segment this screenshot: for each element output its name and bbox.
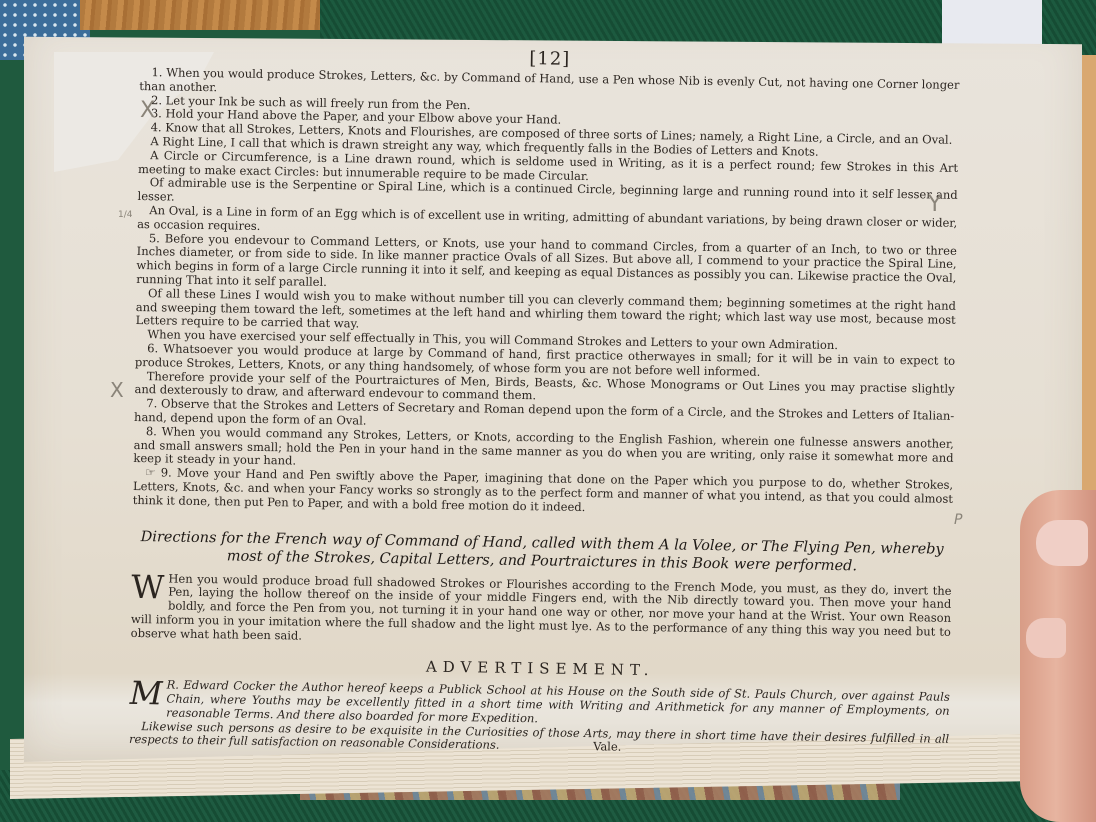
advertisement-body: R. Edward Cocker the Author hereof keeps…	[166, 678, 950, 725]
pencil-p-mark: P	[954, 512, 962, 528]
french-heading: Directions for the French way of Command…	[132, 527, 952, 576]
fingernail-2	[1026, 618, 1066, 658]
vale: Vale.	[593, 740, 621, 754]
dropcap-w: W	[131, 572, 164, 601]
page-text: [12] 1. When you would produce Strokes, …	[129, 42, 960, 760]
pencil-x-mark: X	[140, 98, 155, 123]
dropcap-m: M	[130, 679, 163, 708]
background-table	[80, 0, 320, 30]
french-paragraph: W Hen you would produce broad full shado…	[131, 571, 952, 653]
pencil-y-mark: Y	[928, 192, 941, 217]
french-body: Hen you would produce broad full shadowe…	[131, 571, 952, 642]
pencil-x-mark-2: X	[110, 378, 124, 402]
margin-note: 1/4	[118, 210, 132, 220]
fingernail	[1036, 520, 1088, 566]
